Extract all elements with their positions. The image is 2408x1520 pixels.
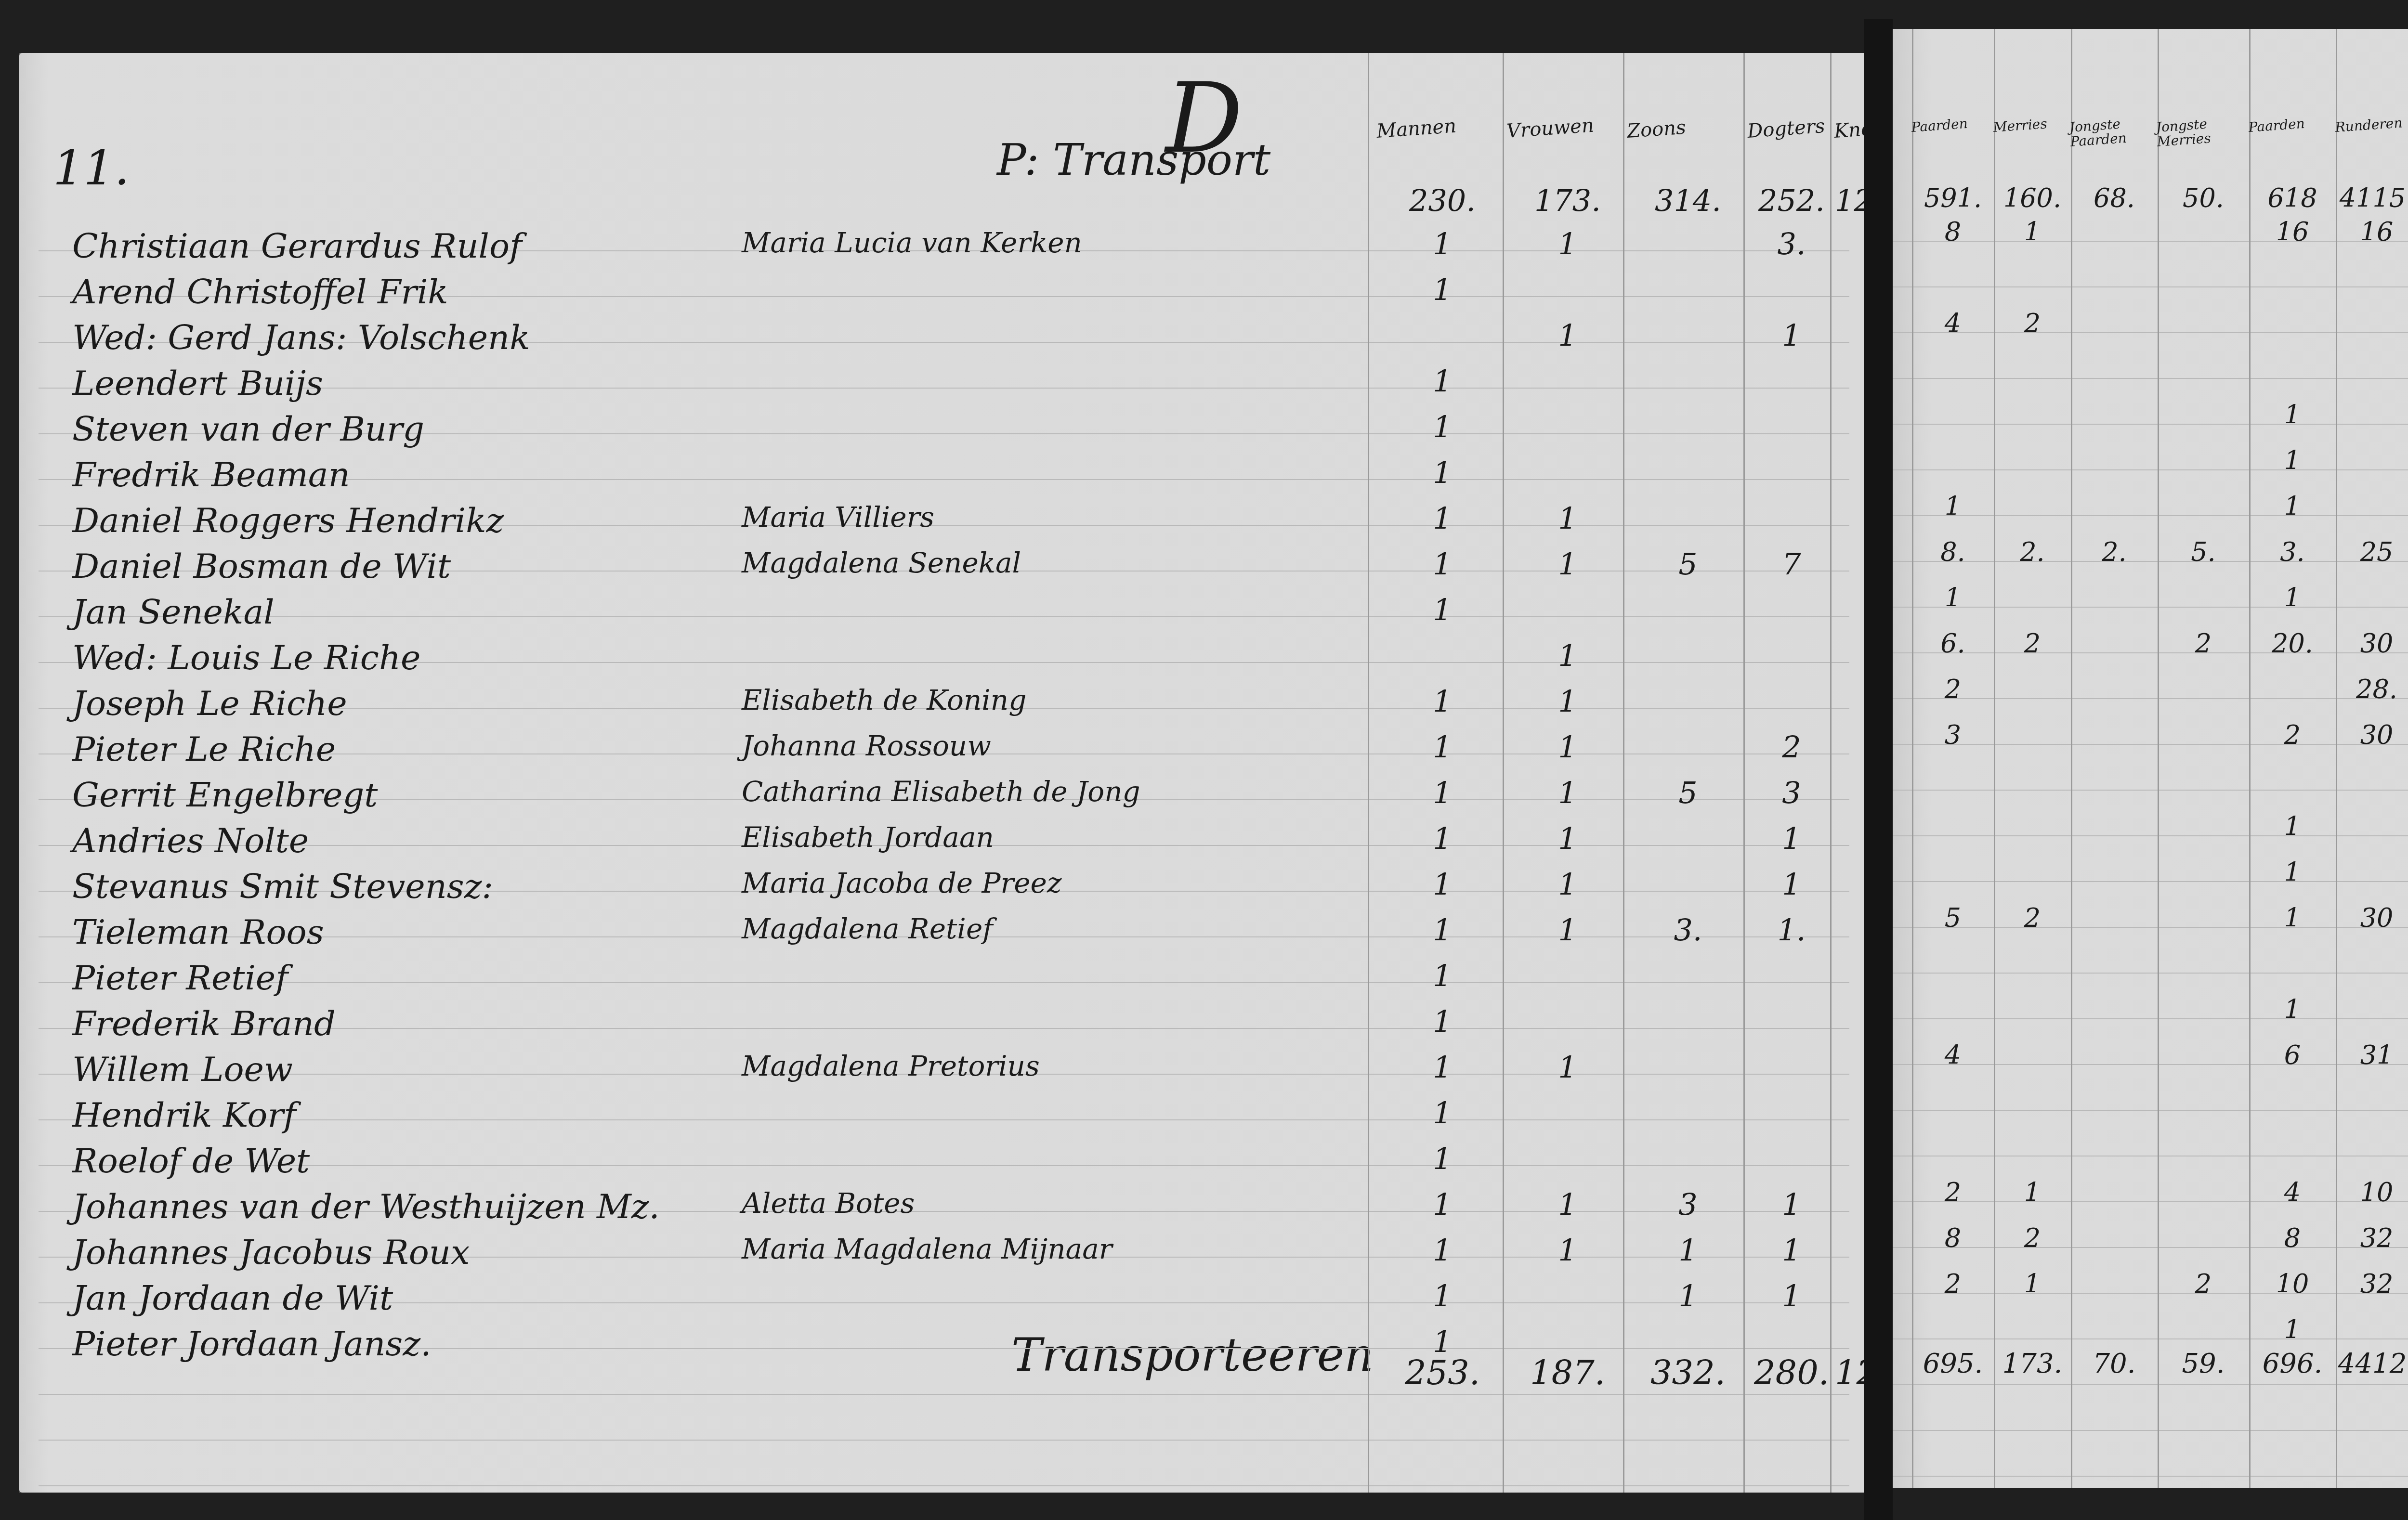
transport-value: 160. <box>1994 183 2071 213</box>
person-name: Jan Senekal <box>72 592 275 632</box>
total-value: 173. <box>1994 1348 2071 1379</box>
cell-value: 3 <box>1912 720 1994 750</box>
cell-value: 5 <box>1912 903 1994 933</box>
ruled-line <box>39 1440 1849 1441</box>
cell-value: 1 <box>1628 1278 1748 1313</box>
cell-value: 16 <box>2336 217 2408 247</box>
cell-value: 1 <box>1994 1269 2071 1299</box>
person-name: Tieleman Roos <box>72 912 324 952</box>
spouse-name: Catharina Elisabeth de Jong <box>742 775 1140 808</box>
transport-value: 252. <box>1748 183 1835 218</box>
total-value: 695. <box>1912 1348 1994 1379</box>
person-name: Daniel Roggers Hendrikz <box>72 501 504 540</box>
transport-value: 4115. <box>2336 183 2408 213</box>
total-value: 280. <box>1748 1353 1835 1392</box>
cell-value: 2 <box>2158 628 2249 659</box>
ruled-line <box>1893 286 2408 287</box>
cell-value: 2. <box>1994 537 2071 567</box>
cell-value: 2 <box>1912 674 1994 704</box>
person-name: Arend Christoffel Frik <box>72 272 448 312</box>
cell-value: 1 <box>1377 409 1507 444</box>
column-divider <box>1368 53 1369 1493</box>
transport-value: 68. <box>2071 183 2158 213</box>
person-name: Wed: Louis Le Riche <box>72 638 421 677</box>
cell-value: 2 <box>1994 628 2071 659</box>
cell-value: 1 <box>1377 1187 1507 1222</box>
person-name: Pieter Jordaan Jansz. <box>72 1324 431 1364</box>
person-name: Fredrik Beaman <box>72 455 350 494</box>
column-header: Jongste Paarden <box>2069 115 2158 149</box>
cell-value: 20. <box>2249 628 2336 659</box>
cell-value: 16 <box>2249 217 2336 247</box>
cell-value: 1. <box>1748 912 1835 948</box>
cell-value: 1 <box>2249 1314 2336 1345</box>
cell-value: 1 <box>1377 592 1507 627</box>
cell-value: 1 <box>1507 821 1628 856</box>
cell-value: 2 <box>2158 1269 2249 1299</box>
cell-value: 1 <box>1377 501 1507 536</box>
cell-value: 1 <box>1748 318 1835 353</box>
cell-value: 1 <box>1507 638 1628 673</box>
cell-value: 1 <box>1912 491 1994 521</box>
person-name: Joseph Le Riche <box>72 684 347 723</box>
cell-value: 2 <box>1912 1269 1994 1299</box>
cell-value: 1 <box>1377 272 1507 307</box>
spouse-name: Aletta Botes <box>742 1187 915 1220</box>
column-header: Merries <box>1993 115 2071 135</box>
cell-value: 2 <box>1912 1177 1994 1208</box>
cell-value: 25 <box>2336 537 2408 567</box>
cell-value: 1 <box>2249 857 2336 887</box>
right-page: PaardenMerriesJongste PaardenJongste Mer… <box>1893 29 2408 1488</box>
ruled-line <box>1893 1430 2408 1431</box>
cell-value: 3. <box>1748 226 1835 261</box>
person-name: Wed: Gerd Jans: Volschenk <box>72 318 530 357</box>
cell-value: 1 <box>2249 811 2336 842</box>
person-name: Pieter Le Riche <box>72 729 336 769</box>
transport-value: 591. <box>1912 183 1994 213</box>
cell-value: 6. <box>1912 628 1994 659</box>
cell-value: 30 <box>2336 628 2408 659</box>
cell-value: 32 <box>2336 1223 2408 1253</box>
ruled-line <box>39 1165 1849 1166</box>
ruled-line <box>39 982 1849 983</box>
cell-value: 4 <box>1912 1040 1994 1070</box>
cell-value: 4 <box>1912 308 1994 338</box>
spouse-name: Maria Jacoba de Preez <box>742 867 1061 899</box>
cell-value: 6 <box>2249 1040 2336 1070</box>
ruled-line <box>39 1394 1849 1395</box>
cell-value: 1 <box>1377 455 1507 490</box>
transport-value: 50. <box>2158 183 2249 213</box>
total-value: 332. <box>1628 1353 1748 1392</box>
column-header: Mannen <box>1376 115 1457 143</box>
cell-value: 4 <box>2249 1177 2336 1208</box>
cell-value: 10 <box>2336 1177 2408 1208</box>
transport-value: 12 <box>1835 183 1864 218</box>
cell-value: 1 <box>1507 1233 1628 1268</box>
person-name: Gerrit Engelbregt <box>72 775 378 815</box>
person-name: Roelof de Wet <box>72 1141 310 1181</box>
column-divider <box>1743 53 1745 1493</box>
cell-value: 1 <box>1748 867 1835 902</box>
total-value: 59. <box>2158 1348 2249 1379</box>
cell-value: 1 <box>1377 1004 1507 1039</box>
cell-value: 2 <box>1994 1223 2071 1253</box>
person-name: Hendrik Korf <box>72 1095 296 1135</box>
person-name: Pieter Retief <box>72 958 288 998</box>
cell-value: 1 <box>1507 729 1628 765</box>
cell-value: 1 <box>1377 867 1507 902</box>
spouse-name: Maria Villiers <box>742 501 934 533</box>
transport-value: 618 <box>2249 183 2336 213</box>
column-divider <box>1623 53 1624 1493</box>
cell-value: 31 <box>2336 1040 2408 1070</box>
spouse-name: Magdalena Senekal <box>742 546 1021 579</box>
cell-value: 2. <box>2071 537 2158 567</box>
spouse-name: Magdalena Pretorius <box>742 1050 1040 1082</box>
total-value: 12 <box>1835 1353 1864 1392</box>
cell-value: 8. <box>1912 537 1994 567</box>
cell-value: 1 <box>1994 217 2071 247</box>
ruled-line <box>1893 973 2408 974</box>
total-value: 253. <box>1377 1353 1507 1392</box>
cell-value: 3. <box>1628 912 1748 948</box>
ruled-line <box>39 1485 1849 1486</box>
ruled-line <box>1893 1476 2408 1477</box>
cell-value: 1 <box>1507 546 1628 582</box>
cell-value: 1 <box>1377 684 1507 719</box>
book-spine <box>1864 19 1893 1520</box>
spouse-name: Magdalena Retief <box>742 912 993 945</box>
cell-value: 1 <box>1377 912 1507 948</box>
cell-value: 1 <box>1748 821 1835 856</box>
cell-value: 10 <box>2249 1269 2336 1299</box>
ruled-line <box>1893 790 2408 791</box>
person-name: Daniel Bosman de Wit <box>72 546 451 586</box>
cell-value: 1 <box>1507 1050 1628 1085</box>
cell-value: 1 <box>1377 1278 1507 1313</box>
cell-value: 1 <box>1748 1187 1835 1222</box>
person-name: Johannes van der Westhuijzen Mz. <box>72 1187 660 1226</box>
cell-value: 1 <box>1377 546 1507 582</box>
cell-value: 1 <box>1912 583 1994 613</box>
cell-value: 3 <box>1748 775 1835 810</box>
cell-value: 1 <box>1377 1141 1507 1176</box>
transport-label: P: Transport <box>997 135 1270 185</box>
cell-value: 1 <box>1377 1095 1507 1130</box>
column-header: Jongste Merries <box>2156 114 2249 149</box>
cell-value: 1 <box>1377 1233 1507 1268</box>
cell-value: 1 <box>1377 958 1507 993</box>
cell-value: 30 <box>2336 720 2408 750</box>
transport-value: 230. <box>1377 183 1507 218</box>
ruled-line <box>1893 1384 2408 1385</box>
cell-value: 5. <box>2158 537 2249 567</box>
column-header: Vrouwen <box>1506 114 1595 143</box>
cell-value: 2 <box>2249 720 2336 750</box>
cell-value: 1 <box>1507 867 1628 902</box>
cell-value: 1 <box>2249 583 2336 613</box>
spouse-name: Johanna Rossouw <box>742 729 991 762</box>
cell-value: 30 <box>2336 903 2408 933</box>
person-name: Andries Nolte <box>72 821 309 860</box>
cell-value: 1 <box>1507 684 1628 719</box>
carry-total-label: Transporteeren <box>1011 1329 1374 1382</box>
cell-value: 3 <box>1628 1187 1748 1222</box>
transport-value: 173. <box>1507 183 1628 218</box>
cell-value: 1 <box>1507 501 1628 536</box>
person-name: Jan Jordaan de Wit <box>72 1278 393 1318</box>
ruled-line <box>1893 378 2408 379</box>
column-header: Zoons <box>1626 117 1687 143</box>
ruled-line <box>39 616 1849 617</box>
cell-value: 5 <box>1628 775 1748 810</box>
cell-value: 1 <box>1994 1177 2071 1208</box>
column-divider <box>1830 53 1832 1493</box>
spouse-name: Elisabeth de Koning <box>742 684 1026 716</box>
person-name: Willem Loew <box>72 1050 293 1089</box>
person-name: Christiaan Gerardus Rulof <box>72 226 522 266</box>
column-divider <box>2071 29 2072 1488</box>
total-value: 4412. <box>2336 1348 2408 1379</box>
cell-value: 8 <box>1912 217 1994 247</box>
ruled-line <box>39 1119 1849 1120</box>
cell-value: 1 <box>2249 445 2336 476</box>
spouse-name: Maria Magdalena Mijnaar <box>742 1233 1112 1265</box>
cell-value: 1 <box>2249 491 2336 521</box>
column-header: Paarden <box>2248 115 2336 135</box>
cell-value: 1 <box>1377 226 1507 261</box>
column-header: Dogters <box>1747 115 1826 143</box>
total-value: 70. <box>2071 1348 2158 1379</box>
total-value: 696. <box>2249 1348 2336 1379</box>
cell-value: 8 <box>1912 1223 1994 1253</box>
person-name: Steven van der Burg <box>72 409 424 449</box>
cell-value: 1 <box>1507 1187 1628 1222</box>
person-name: Johannes Jacobus Roux <box>72 1233 470 1272</box>
cell-value: 1 <box>2249 400 2336 430</box>
cell-value: 8 <box>2249 1223 2336 1253</box>
cell-value: 1 <box>1507 318 1628 353</box>
cell-value: 2 <box>1748 729 1835 765</box>
cell-value: 1 <box>1377 821 1507 856</box>
cell-value: 1 <box>1748 1278 1835 1313</box>
cell-value: 1 <box>1507 912 1628 948</box>
cell-value: 1 <box>1377 1050 1507 1085</box>
cell-value: 1 <box>2249 903 2336 933</box>
person-name: Stevanus Smit Stevensz: <box>72 867 493 906</box>
cell-value: 2 <box>1994 308 2071 338</box>
ruled-line <box>1893 1110 2408 1111</box>
cell-value: 2 <box>1994 903 2071 933</box>
column-divider <box>1503 53 1504 1493</box>
cell-value: 1 <box>1628 1233 1748 1268</box>
cell-value: 1 <box>1507 226 1628 261</box>
cell-value: 1 <box>1377 364 1507 399</box>
total-value: 187. <box>1507 1353 1628 1392</box>
cell-value: 1 <box>1748 1233 1835 1268</box>
left-page: 11. D P: Transport Transporteeren Mannen… <box>19 53 1864 1493</box>
ruled-line <box>1893 1156 2408 1156</box>
person-name: Leendert Buijs <box>72 364 323 403</box>
transport-value: 314. <box>1628 183 1748 218</box>
cell-value: 32 <box>2336 1269 2408 1299</box>
spouse-name: Elisabeth Jordaan <box>742 821 994 854</box>
spouse-name: Maria Lucia van Kerken <box>742 226 1082 259</box>
cell-value: 28. <box>2336 674 2408 704</box>
person-name: Frederik Brand <box>72 1004 336 1043</box>
cell-value: 1 <box>1377 729 1507 765</box>
cell-value: 5 <box>1628 546 1748 582</box>
page-number: 11. <box>53 140 130 196</box>
cell-value: 1 <box>1507 775 1628 810</box>
column-header: Runderen <box>2335 115 2408 135</box>
cell-value: 1 <box>1377 775 1507 810</box>
cell-value: 3. <box>2249 537 2336 567</box>
cell-value: 1 <box>2249 994 2336 1025</box>
cell-value: 7 <box>1748 546 1835 582</box>
column-header: Paarden <box>1911 115 1994 135</box>
